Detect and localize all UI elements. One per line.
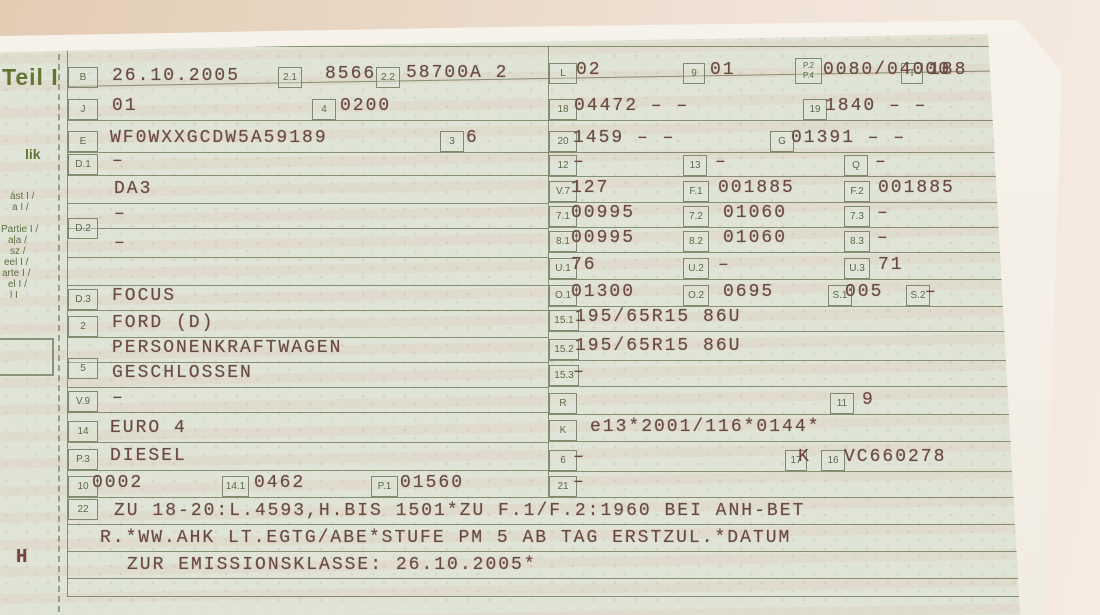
field-label-r72: 7.2 (683, 206, 709, 227)
field-label-p3: P.3 (68, 449, 98, 470)
field-label-r18: 18 (549, 99, 577, 120)
field-value-e: WF0WXXGCDW5A59189 (110, 126, 328, 150)
field-value-r81: 00995 (571, 226, 635, 250)
field-label-r82: 8.2 (683, 231, 709, 252)
field-label-o2: O.2 (683, 285, 709, 306)
field-value-r11: 9 (862, 388, 875, 412)
field-value-j: 01 (112, 94, 138, 118)
panel-translation: aļa / (8, 235, 27, 246)
field-label-r11: 11 (830, 393, 854, 414)
field-label-u3: U.3 (844, 258, 870, 279)
panel-translation: l I (10, 290, 18, 301)
field-value-r21: – (573, 470, 586, 494)
field-value-LT: 188 (929, 58, 967, 82)
field-label-rR: R (549, 393, 577, 414)
rule-line (67, 596, 1020, 597)
field-label-b: B (68, 67, 98, 88)
field-value-r12: – (573, 150, 586, 174)
field-value-r17: K (798, 445, 811, 469)
rule-line (548, 331, 1030, 332)
field-value-r73: – (877, 201, 890, 225)
field-value-b22: 58700A 2 (406, 61, 508, 85)
field-label-b22: 2.2 (376, 67, 400, 88)
panel-translation: Partie I / (1, 224, 38, 235)
field-label-d1: D.1 (68, 154, 98, 175)
vehicle-registration-photo: Teil I lik ást I /a I /Partie I /aļa /sz… (0, 0, 1100, 615)
field-value-e3: 6 (466, 126, 479, 150)
field-value-rQ: – (875, 150, 888, 174)
field-value-r18: 04472 – – (574, 94, 689, 118)
field-value-f1r: 001885 (718, 176, 795, 200)
rule-line (548, 120, 1030, 121)
field-value-b21: 8566 (325, 62, 376, 86)
perforation-line (58, 34, 60, 612)
field-label-f2: 2 (68, 316, 98, 337)
rule-line (67, 228, 548, 229)
rule-line (548, 386, 1030, 387)
rule-line (548, 441, 1030, 442)
field-value-f2r: 001885 (878, 176, 955, 200)
rule-line (67, 412, 548, 413)
field-value-d2b: – (114, 202, 127, 226)
registration-document: Teil I lik ást I /a I /Partie I /aļa /sz… (0, 0, 1100, 615)
field-value-kK: e13*2001/116*0144* (590, 415, 820, 439)
field-value-f5: GESCHLOSSEN (112, 361, 253, 385)
field-label-L9: 9 (683, 63, 705, 84)
field-label-f1r: F.1 (683, 181, 709, 202)
rule-line (67, 442, 548, 443)
panel-translation: sz / (10, 246, 26, 257)
field-value-p3: DIESEL (110, 444, 187, 468)
panel-translation: ást I / (10, 191, 34, 202)
field-value-r13: – (715, 150, 728, 174)
rule-line (548, 360, 1030, 361)
field-value-f2: FORD (D) (112, 311, 214, 335)
field-value-pkw: PERSONENKRAFTWAGEN (112, 336, 342, 360)
field-value-n22l1: ZU 18-20:L.4593,H.BIS 1501*ZU F.1/F.2:19… (114, 499, 805, 523)
field-value-s2: – (925, 280, 938, 304)
field-value-r20: 1459 – – (573, 126, 675, 150)
rule-line (67, 387, 548, 388)
field-value-p1: 01560 (400, 471, 464, 495)
field-value-L: 02 (576, 58, 602, 82)
field-label-Lp24: P.2 P.4 (795, 58, 822, 84)
field-label-j4: 4 (312, 99, 336, 120)
field-value-o2: 0695 (723, 280, 774, 304)
field-label-f2r: F.2 (844, 181, 870, 202)
field-label-j: J (68, 99, 98, 120)
rule-line (67, 257, 548, 258)
rule-line (548, 152, 1030, 153)
rule-line (67, 120, 548, 121)
field-label-e: E (68, 131, 98, 152)
rule-line (548, 252, 1030, 253)
field-label-r13: 13 (683, 155, 707, 176)
field-label-e3: 3 (440, 131, 464, 152)
field-value-o1: 01300 (571, 280, 635, 304)
rule-line (67, 551, 1020, 552)
field-value-r6: – (573, 445, 586, 469)
field-label-rQ: Q (844, 155, 868, 176)
field-value-d3: FOCUS (112, 284, 176, 308)
field-label-v9: V.9 (68, 391, 98, 412)
panel-translation: a I / (12, 202, 29, 213)
field-label-r16: 16 (821, 450, 845, 471)
rule-line (67, 152, 548, 153)
field-label-r19: 19 (803, 99, 827, 120)
panel-text-fragment: lik (25, 146, 41, 162)
field-value-d2: – (114, 231, 127, 255)
field-value-f14: EURO 4 (110, 416, 187, 440)
field-value-j4: 0200 (340, 94, 391, 118)
rule-line (67, 497, 1020, 498)
field-value-r72: 01060 (723, 201, 787, 225)
field-label-b21: 2.1 (278, 67, 302, 88)
field-value-L9: 01 (710, 58, 736, 82)
field-label-u2: U.2 (683, 258, 709, 279)
field-value-n22l3: ZUR EMISSIONSKLASSE: 26.10.2005* (127, 553, 537, 577)
field-label-L: L (549, 63, 577, 84)
rule-line (67, 175, 548, 176)
field-value-r19: 1840 – – (825, 94, 927, 118)
field-value-f141: 0462 (254, 471, 305, 495)
rule-line (67, 203, 548, 204)
field-value-v7: 127 (571, 176, 609, 200)
panel-translation: arte I / (2, 268, 30, 279)
field-value-u1: 76 (571, 253, 597, 277)
field-value-b: 26.10.2005 (112, 64, 240, 88)
field-label-n22: 22 (68, 499, 98, 520)
field-label-kK: K (549, 420, 577, 441)
field-value-r153: – (573, 360, 586, 384)
field-value-r71: 00995 (571, 201, 635, 225)
field-value-r152: 195/65R15 86U (575, 334, 741, 358)
field-value-rG: 01391 – – (791, 126, 906, 150)
document-part-title: Teil I (2, 64, 59, 91)
field-label-f14: 14 (68, 421, 98, 442)
field-label-d3: D.3 (68, 289, 98, 310)
field-value-u3: 71 (878, 253, 904, 277)
field-value-r82: 01060 (723, 226, 787, 250)
rule-line (67, 524, 1020, 525)
rule-line (548, 471, 1030, 472)
field-label-r73: 7.3 (844, 206, 870, 227)
panel-translation: el I / (8, 279, 27, 290)
field-label-f5: 5 (68, 358, 98, 379)
field-label-d2: D.2 (68, 218, 98, 239)
field-label-f141: 14.1 (222, 476, 249, 497)
field-value-f10: 0002 (92, 471, 143, 495)
panel-box (0, 338, 54, 376)
field-value-r16: VC660278 (844, 445, 946, 469)
field-label-p1: P.1 (371, 476, 398, 497)
field-label-r83: 8.3 (844, 231, 870, 252)
field-value-u2: – (718, 253, 731, 277)
field-value-s1: 005 (845, 280, 883, 304)
field-value-v9: – (112, 386, 125, 410)
field-value-r83: – (877, 226, 890, 250)
field-value-r151: 195/65R15 86U (575, 305, 741, 329)
field-value-d2a: DA3 (114, 177, 152, 201)
rule-line (67, 578, 1020, 579)
stamp-letter: H (16, 546, 27, 568)
field-value-n22l2: R.*WW.AHK LT.EGTG/ABE*STUFE PM 5 AB TAG … (100, 526, 791, 550)
field-value-d1: – (112, 149, 125, 173)
panel-translation: eel I / (4, 257, 28, 268)
